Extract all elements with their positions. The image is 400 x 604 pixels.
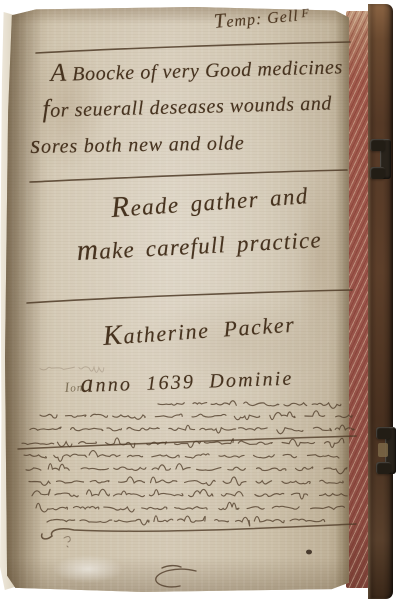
gutter-shadow (5, 7, 43, 592)
scribal-mark: F (301, 6, 311, 21)
clasp-worn-patch (378, 443, 388, 457)
margin-note: Ion (64, 379, 84, 397)
title-line-3: sores both new and olde (30, 126, 245, 160)
clasp-prong (376, 427, 391, 439)
clasp-prong (370, 139, 385, 151)
leather-cover-edge (368, 4, 393, 599)
page-edge-shadow (336, 7, 349, 592)
clasp-prong (370, 167, 385, 179)
book-photo: Temp: GellF A Boocke of very Good medici… (0, 0, 400, 604)
clasp-bottom (376, 427, 396, 474)
stain (53, 555, 123, 583)
clasp-prong (376, 462, 391, 474)
clasp-top (370, 139, 391, 179)
fore-edge-red-sprinkled (346, 11, 369, 588)
